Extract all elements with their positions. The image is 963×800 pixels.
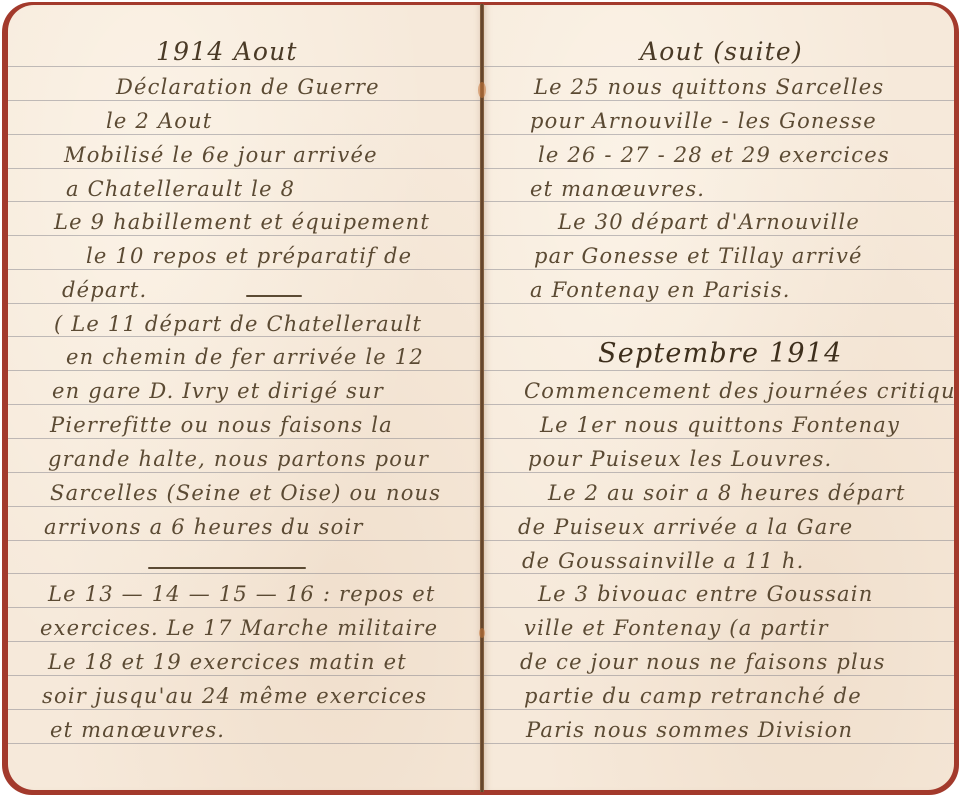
handwritten-line: Le 9 habillement et équipement bbox=[54, 207, 430, 237]
handwritten-line: de Puiseux arrivée a la Gare bbox=[518, 512, 853, 542]
handwritten-line: Sarcelles (Seine et Oise) ou nous bbox=[50, 478, 441, 508]
handwritten-line: et manœuvres. bbox=[50, 715, 225, 745]
right-page: Aout (suite) Le 25 nous quittons Sarcell… bbox=[484, 5, 954, 790]
handwritten-line: Le 3 bivouac entre Goussain bbox=[538, 579, 873, 609]
ruled-line bbox=[8, 134, 482, 135]
handwritten-line: arrivons a 6 heures du soir bbox=[44, 512, 364, 542]
separator-dash bbox=[148, 567, 306, 569]
handwritten-line: par Gonesse et Tillay arrivé bbox=[534, 241, 863, 271]
handwritten-line: départ. bbox=[62, 275, 147, 305]
separator-dash bbox=[246, 295, 302, 297]
handwritten-line: grande halte, nous partons pour bbox=[48, 444, 429, 474]
handwritten-line: Le 1er nous quittons Fontenay bbox=[540, 410, 900, 440]
notebook-spine bbox=[480, 4, 484, 792]
handwritten-line: Le 30 départ d'Arnouville bbox=[558, 207, 860, 237]
handwritten-line: Commencement des journées critiques bbox=[524, 376, 954, 406]
handwritten-line: a Fontenay en Parisis. bbox=[530, 275, 791, 305]
page-title: Aout (suite) bbox=[640, 37, 803, 67]
handwritten-line: Paris nous sommes Division bbox=[526, 715, 853, 745]
handwritten-line: exercices. Le 17 Marche militaire bbox=[40, 613, 438, 643]
handwritten-line: pour Puiseux les Louvres. bbox=[528, 444, 832, 474]
handwritten-line: de Goussainville a 11 h. bbox=[522, 546, 805, 576]
handwritten-line: Mobilisé le 6e jour arrivée bbox=[64, 140, 378, 170]
handwritten-line: pour Arnouville - les Gonesse bbox=[530, 106, 877, 136]
ruled-line bbox=[484, 370, 954, 371]
handwritten-line: en gare D. Ivry et dirigé sur bbox=[52, 376, 384, 406]
handwritten-line: ville et Fontenay (a partir bbox=[524, 613, 829, 643]
handwritten-line: le 10 repos et préparatif de bbox=[86, 241, 412, 271]
handwritten-line: le 26 - 27 - 28 et 29 exercices bbox=[538, 140, 890, 170]
handwritten-line: ( Le 11 départ de Chatellerault bbox=[54, 309, 422, 339]
handwritten-line: Le 13 — 14 — 15 — 16 : repos et bbox=[48, 579, 435, 609]
notebook-spread: 1914 Aout Déclaration de Guerre le 2 Aou… bbox=[0, 0, 963, 800]
handwritten-line: a Chatellerault le 8 bbox=[66, 174, 295, 204]
handwritten-line: le 2 Aout bbox=[106, 106, 212, 136]
handwritten-line: et manœuvres. bbox=[530, 174, 705, 204]
handwritten-line: de ce jour nous ne faisons plus bbox=[520, 647, 886, 677]
handwritten-line: Le 2 au soir a 8 heures départ bbox=[548, 478, 906, 508]
handwritten-line: partie du camp retranché de bbox=[524, 681, 862, 711]
handwritten-line: Le 18 et 19 exercices matin et bbox=[48, 647, 407, 677]
handwritten-line: Le 25 nous quittons Sarcelles bbox=[534, 72, 884, 102]
handwritten-line: Déclaration de Guerre bbox=[116, 72, 380, 102]
section-heading: Septembre 1914 bbox=[598, 339, 842, 369]
handwritten-line: Pierrefitte ou nous faisons la bbox=[50, 410, 393, 440]
left-page: 1914 Aout Déclaration de Guerre le 2 Aou… bbox=[8, 5, 482, 790]
handwritten-line: soir jusqu'au 24 même exercices bbox=[42, 681, 427, 711]
page-title: 1914 Aout bbox=[156, 37, 298, 67]
rust-stain bbox=[479, 628, 485, 638]
ruled-line bbox=[8, 573, 482, 574]
handwritten-line: en chemin de fer arrivée le 12 bbox=[66, 342, 424, 372]
ruled-line bbox=[484, 336, 954, 337]
rust-stain bbox=[478, 82, 486, 98]
